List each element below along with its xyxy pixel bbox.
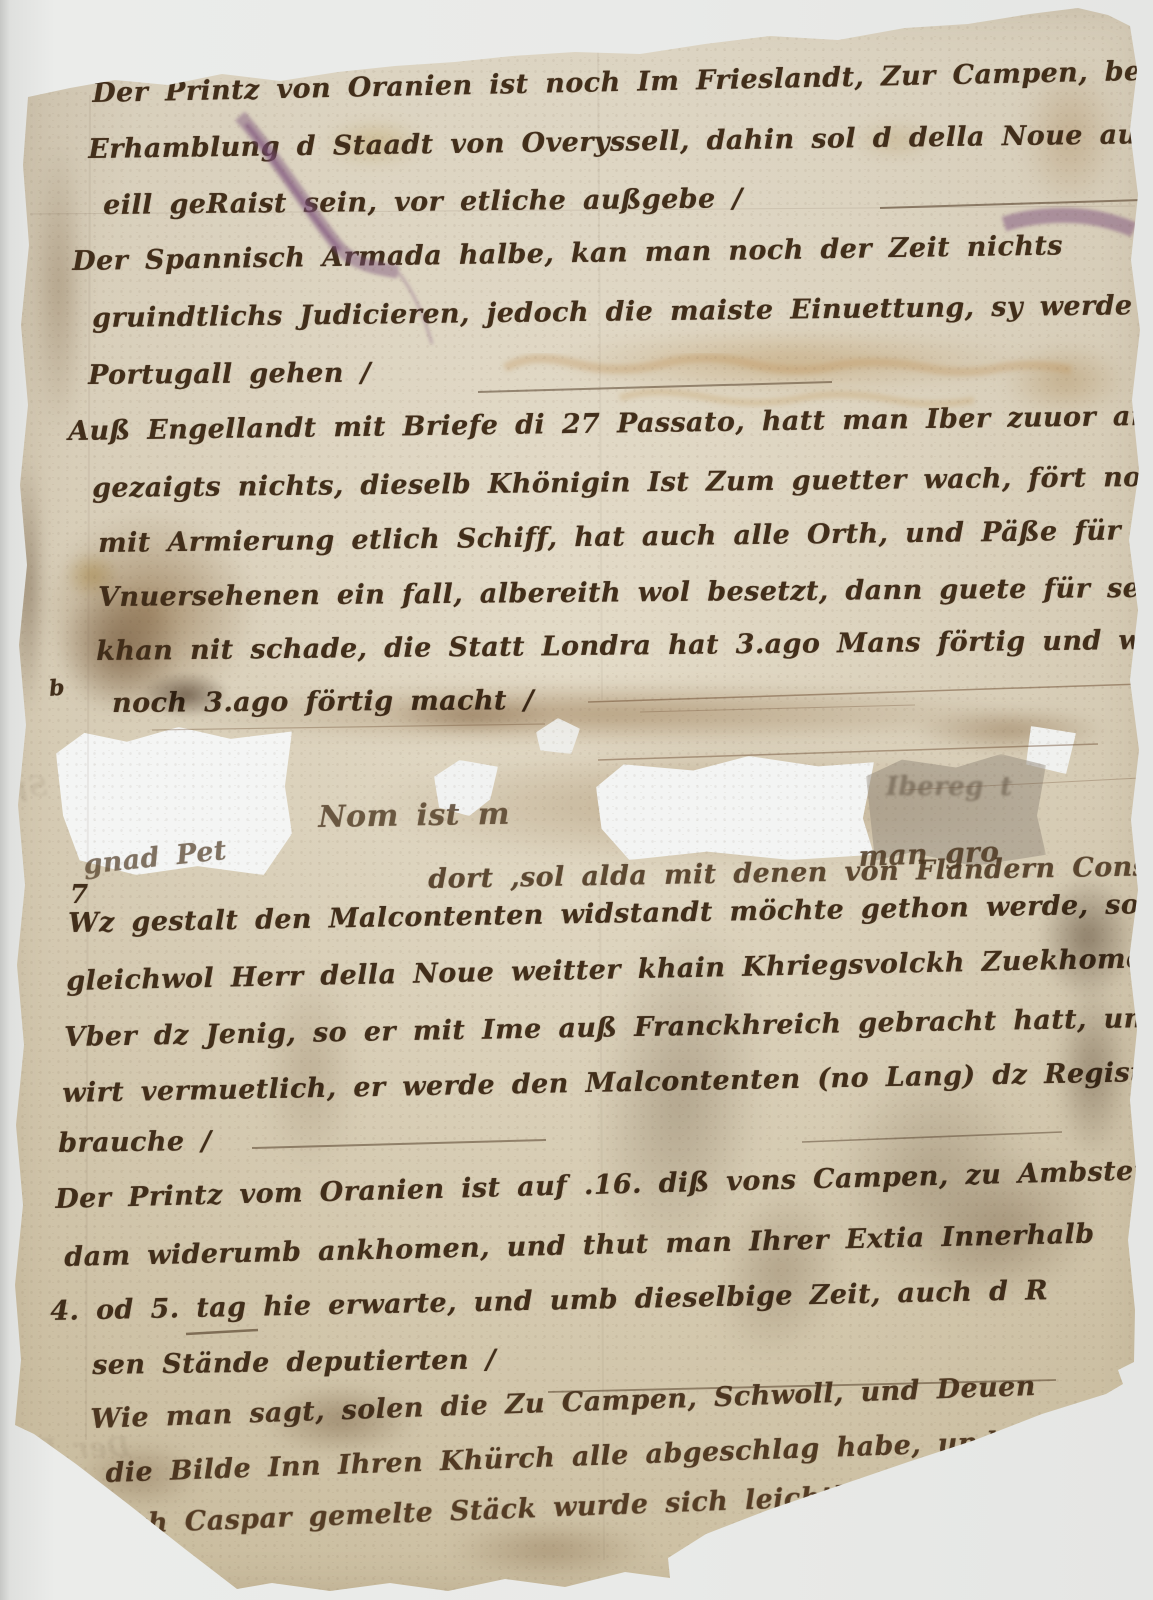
- margin-mark: 7: [70, 880, 89, 910]
- photo-backdrop: Der Spannisch Armada halbe, kan man noch…: [0, 0, 1153, 1600]
- handwritten-line: noch 3.ago förtig macht /: [112, 685, 534, 719]
- manuscript-page: Der Spannisch Armada halbe, kan man noch…: [0, 0, 1153, 1600]
- text-fragment: Ibereg t: [886, 772, 1013, 802]
- handwritten-line: sen Stände deputierten /: [92, 1344, 496, 1381]
- text-fragment: Nom ist m: [318, 797, 510, 835]
- margin-mark: b: [48, 675, 66, 702]
- handwritten-line: Portugall gehen /: [88, 358, 371, 391]
- handwritten-line: brauche /: [58, 1126, 212, 1159]
